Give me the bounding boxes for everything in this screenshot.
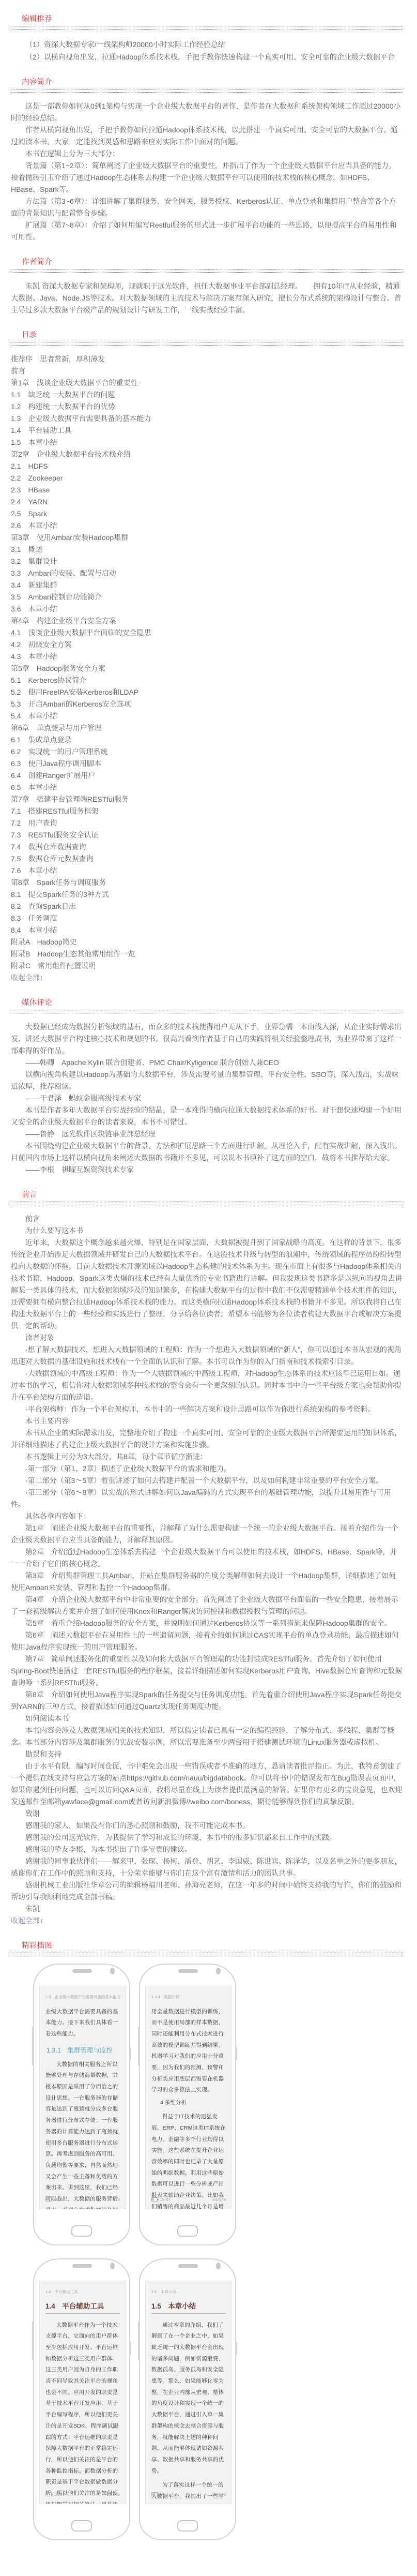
- screen-heading: 1.4 平台辅助工具: [45, 2301, 120, 2314]
- section-title: 目录: [22, 330, 417, 340]
- speaker-grille: [178, 1969, 198, 1973]
- dotted-divider: [11, 89, 403, 93]
- illustration-gallery: 1.3 企业级大数据平台需要具备的基本能力业级大数据平台需要具备的基本能力。接下…: [0, 1964, 417, 2548]
- preface-paragraph: 第3章 介绍集群管理工具Ambari，并站在集群服务器的角度分类解释如何去设计一…: [11, 1570, 403, 1594]
- section-body: 这是一部教你如何从0到1架构与实现一个企业级大数据平台的著作，是作者在大数据和系…: [0, 93, 417, 243]
- preface-paragraph: 由于水平有限，编写时间仓促，书中难免会出现一些错误或者不准确的地方，恳请读者批评…: [11, 1760, 403, 1808]
- preface-paragraph: 感谢我的挚友李根，为本书提出了许多宝贵的建议。: [11, 1844, 403, 1855]
- screen-status-bar: 15:4755/678: [151, 2491, 226, 2497]
- toc-item: 1.5 本章小结: [11, 437, 403, 448]
- toc-item: 5.2 使用FreeIPA安装Kerberos和LDAP: [11, 686, 403, 698]
- speaker-grille: [178, 2264, 198, 2268]
- review-attribution: ——鲁静 远光软件区块链事业部总经理: [11, 1128, 403, 1140]
- section-header: 目录: [0, 316, 417, 342]
- toc-item: 1.2 构建统一大数据平台的优势: [11, 401, 403, 413]
- home-button: [71, 2520, 92, 2532]
- home-button: [177, 2225, 198, 2237]
- toc-item: 第8章 Spark任务与调度服务: [11, 877, 403, 889]
- paragraph: （1）资深大数据专家/一线架构师20000小时实际工作经验总结: [11, 39, 403, 51]
- preface-paragraph: 第7章 简单阐述服务化的重要性以及如何将大数据平台管理端的功能封装成RESTfu…: [11, 1653, 403, 1689]
- toc-item: 8.4 本章小结: [11, 924, 403, 936]
- toc-item: 6.4 创建Ranger扩展用户: [11, 770, 403, 782]
- toc-item: 第3章 使用Ambari安装Hadoop集群: [11, 532, 403, 544]
- paragraph: 这是一部教你如何从0到1架构与实现一个企业级大数据平台的著作，是作者在大数据和系…: [11, 100, 403, 124]
- toc-item: 8.2 查询Spark日志: [11, 901, 403, 912]
- toc-item: 3.1 概述: [11, 544, 403, 556]
- preface-paragraph: 勘误和支持: [11, 1748, 403, 1760]
- screen-time: 15:47: [160, 2492, 171, 2497]
- preface-paragraph: 第6章 阐述大数据平台在易用性上的一些遗留问题，接着介绍如何通过CAS实现平台的…: [11, 1629, 403, 1653]
- toc-item: 7.3 RESTful服务安全认证: [11, 829, 403, 841]
- preface-paragraph: 感谢机械工业出版社华章公司的编辑杨福川老师、孙海亮老师，在这一年多的时间中始终支…: [11, 1879, 403, 1903]
- toc-item: 前言: [11, 365, 403, 377]
- screen-page-number: 36/678: [106, 2197, 120, 2202]
- preface-paragraph: 感谢我的公司远光软件，为我提供了学习和成长的环境，本书中的很多知识都来自工作中的…: [11, 1832, 403, 1844]
- section-header: 媒体评论: [0, 984, 417, 1010]
- section-title: 编辑推荐: [22, 14, 417, 24]
- toc-item: 5.3 开启Ambari的Kerberos安全选项: [11, 698, 403, 710]
- review-attribution: ——韩卿 Apache Kylin 联合创建者、PMC Chair/Kylige…: [11, 1057, 403, 1069]
- screen-time: 15:47: [54, 2197, 65, 2202]
- toc-item: 第5章 Hadoop服务安全方案: [11, 663, 403, 675]
- phone-mockup[interactable]: 1.3.4 数据计算用全量数据进行模型的训练，而不是使用局部的样本数据，同时还能…: [139, 1964, 236, 2245]
- section-content-intro: 内容简介 这是一部教你如何从0到1架构与实现一个企业级大数据平台的著作，是作者在…: [0, 63, 417, 243]
- toc-item: 1.1 缺乏统一大数据平台的问题: [11, 389, 403, 401]
- toc-item: 6.2 实现统一的用户管理系统: [11, 746, 403, 758]
- paragraph: 作者从横向视角出发，手把手教你如何拉通Hadoop体系技术栈，以此搭建一个真实可…: [11, 124, 403, 148]
- section-title: 精彩插图: [22, 1941, 417, 1951]
- screen-page-number: 50/678: [106, 2492, 120, 2497]
- preface-paragraph: 朱凯: [11, 1903, 403, 1915]
- toc-item: 5.1 Kerberos协议简介: [11, 675, 403, 686]
- battery-icon: [151, 2492, 158, 2496]
- collapse-all-link[interactable]: 收起全部↑: [11, 972, 43, 984]
- dotted-divider: [11, 269, 403, 273]
- toc-item: 推荐序 思者常新，厚积薄发: [11, 353, 403, 365]
- toc-item: 附录C 常用组件配置说明: [11, 960, 403, 972]
- toc-item: 7.2 用户查询: [11, 817, 403, 829]
- section-header: 精彩插图: [0, 1927, 417, 1953]
- home-button: [177, 2520, 198, 2532]
- battery-icon: [151, 2197, 158, 2201]
- section-editor-recommendation: 编辑推荐 （1）资深大数据专家/一线架构师20000小时实际工作经验总结 （2）…: [0, 0, 417, 63]
- screen-breadcrumb: 1.4 平台辅助工具: [45, 2289, 120, 2295]
- toc-item: 1.3 企业级大数据平台需要具备的基本能力: [11, 413, 403, 425]
- screen-time: 15:47: [160, 2197, 171, 2202]
- section-title: 内容简介: [22, 77, 417, 87]
- preface-paragraph: 第4章 介绍企业级大数据平台中非常重要的安全部分。首先阐述了企业级大数据平台面临…: [11, 1594, 403, 1618]
- toc-item: 8.1 提交Spark任务的3种方式: [11, 889, 403, 901]
- preface-paragraph: ·平台架构师：作为一个平台架构师，本书中的一些解决方案和设计思路可以作为你进行系…: [11, 1403, 403, 1415]
- phone-screen: 1.3.4 数据计算用全量数据进行模型的训练，而不是使用局部的样本数据，同时还能…: [145, 1986, 231, 2209]
- side-button: [32, 2322, 34, 2360]
- speaker-grille: [72, 2264, 92, 2268]
- section-author-intro: 作者简介 朱凯 资深大数据专家和架构师，现就职于远光软件，担任大数据事业平台部副…: [0, 243, 417, 316]
- toc-item: 3.5 Ambari控制台功能简介: [11, 591, 403, 603]
- screen-heading: 1.5 本章小结: [151, 2301, 226, 2314]
- phone-screen: 1.3 企业级大数据平台需要具备的基本能力业级大数据平台需要具备的基本能力。接下…: [39, 1986, 126, 2209]
- collapse-all-link[interactable]: 收起全部↑: [11, 1915, 43, 1927]
- review-text: 大数据已经成为数据分析领域的基石，而众多的技术栈使得用户无从下手，业界急需一本由…: [11, 1021, 403, 1057]
- preface-paragraph: 第5章 着重介绍Hadoop服务的安全方案，并说明如何通过Kerberos协议等…: [11, 1618, 403, 1629]
- section-media-reviews: 媒体评论 大数据已经成为数据分析领域的基石，而众多的技术栈使得用户无从下手，业界…: [0, 984, 417, 1176]
- preface-paragraph: 为什么要写这本书: [11, 1225, 403, 1237]
- section-table-of-contents: 目录 推荐序 思者常新，厚积薄发前言第1章 浅谈企业级大数据平台的重要性1.1 …: [0, 316, 417, 984]
- phone-mockup[interactable]: 1.3 企业级大数据平台需要具备的基本能力业级大数据平台需要具备的基本能力。接下…: [33, 1964, 130, 2245]
- section-illustrations: 精彩插图 1.3 企业级大数据平台需要具备的基本能力业级大数据平台需要具备的基本…: [0, 1927, 417, 2548]
- paragraph: 扩展篇（第7~8章）：介绍了如何用编写Restful服务的形式进一步扩展平台功能…: [11, 219, 403, 243]
- dotted-divider: [11, 1953, 403, 1956]
- preface-paragraph: ·想了解大数据技术，想进入大数据领域的工程师：作为一个想进入大数据领域的“新人”…: [11, 1344, 403, 1368]
- paragraph: （2）以横向视角出发，拉通Hadoop体系技术栈，手把手教你快速构建一个真实可用…: [11, 51, 403, 63]
- toc-item: 2.5 Spark: [11, 508, 403, 520]
- screen-breadcrumb: 1.5 本章小结: [151, 2289, 226, 2295]
- toc-item: 2.6 本章小结: [11, 520, 403, 532]
- toc-item: 8.3 任务调度: [11, 912, 403, 924]
- toc-item: 第7章 搭建平台管理端RESTful服务: [11, 793, 403, 805]
- screen-minor-heading: 4.多维分析: [160, 2097, 226, 2108]
- toc-item: 4.1 浅谈企业级大数据平台面临的安全隐患: [11, 627, 403, 639]
- preface-paragraph: 近年来，大数据这个概念越来越火爆，特别是在国家层面，大数据被提升到了国家战略的高…: [11, 1237, 403, 1332]
- screen-breadcrumb: 1.3 企业级大数据平台需要具备的基本能力: [45, 1994, 120, 2000]
- toc-item: 5.4 本章小结: [11, 710, 403, 722]
- side-button: [138, 2322, 140, 2360]
- preface-paragraph: 感谢我的家人，如果没有你们的悉心照顾和鼓励，我不可能完成本书。: [11, 1820, 403, 1832]
- screen-paragraph: 得益于IT技术的迅猛发展，ERP、CRM这类IT系统在电力、金融等多个行业均得以…: [151, 2111, 226, 2209]
- toc-item: 6.1 集成单点登录: [11, 734, 403, 746]
- preface-paragraph: 前言: [11, 1213, 403, 1225]
- dotted-divider: [11, 26, 403, 29]
- dotted-divider: [11, 1202, 403, 1205]
- toc-item: 第4章 构建企业级平台安全方案: [11, 615, 403, 627]
- camera-icon: [110, 1968, 115, 1974]
- section-header: 内容简介: [0, 63, 417, 89]
- screen-subheading: 1.3.1 集群管理与监控: [47, 2045, 120, 2056]
- section-title: 作者简介: [22, 257, 417, 267]
- section-header: 前言: [0, 1176, 417, 1202]
- screen-status-bar: 15:4736/678: [45, 2196, 120, 2203]
- preface-paragraph: 本书逻辑上可分为3大部分，共8章，每个章节循序渐进：: [11, 1451, 403, 1463]
- screen-paragraph: 通过本章的介绍，我们了解到了在一个企业之中，如果缺乏统一的大数据平台会出现的诸多…: [151, 2320, 226, 2477]
- section-header: 编辑推荐: [0, 0, 417, 26]
- camera-icon: [216, 1968, 221, 1974]
- review-attribution: ——李根 祺曜互娱资深技术专家: [11, 1164, 403, 1176]
- toc-item: 6.3 使用Java程序调用脚本: [11, 758, 403, 770]
- screen-time: 15:47: [54, 2492, 65, 2497]
- preface-paragraph: 第2章 介绍通过Hadoop生态体系去构建一个企业级大数据平台可以使用的技术栈，…: [11, 1546, 403, 1570]
- preface-paragraph: 如何阅读本书: [11, 1713, 403, 1725]
- toc-item: 3.2 集群设计: [11, 556, 403, 567]
- toc-item: 3.4 新建集群: [11, 579, 403, 591]
- toc-list: 推荐序 思者常新，厚积薄发前言第1章 浅谈企业级大数据平台的重要性1.1 缺乏统…: [0, 346, 417, 972]
- screen-breadcrumb: 1.3.4 数据计算: [151, 1994, 226, 2000]
- paragraph: 朱凯 资深大数据专家和架构师，现就职于远光软件，担任大数据事业平台部副总经理。 …: [11, 280, 403, 316]
- preface-paragraph: ·大数据领域的中高级工程师：作为一个大数据领域的中高级工程师，对Hadoop生态…: [11, 1368, 403, 1403]
- toc-item: 附录B Hadoop生态其他常用组件一览: [11, 948, 403, 960]
- camera-icon: [216, 2263, 221, 2269]
- screen-status-bar: 15:4744/678: [151, 2196, 226, 2203]
- battery-icon: [45, 2197, 52, 2201]
- toc-item: 2.2 Zookeeper: [11, 472, 403, 484]
- toc-item: 7.6 本章小结: [11, 865, 403, 877]
- toc-item: 4.2 初级安全方案: [11, 639, 403, 651]
- preface-paragraph: 具体各章内容如下：: [11, 1510, 403, 1522]
- phone-mockup[interactable]: 1.4 平台辅助工具1.4 平台辅助工具大数据平台作为一个技术支撑平台，它面向的…: [33, 2258, 130, 2540]
- screen-page-number: 55/678: [212, 2492, 226, 2497]
- preface-paragraph: 感谢我的同事兼伙伴们——解来甲、张琛、杨柯、潘登、胡艺、李国威、陈世宾、陈泽华，…: [11, 1855, 403, 1879]
- toc-item: 4.3 本章小结: [11, 651, 403, 663]
- preface-paragraph: ·第二部分（第3～5章）着重讲述了如何去搭建并配置一个大数据平台，以及如何构建非…: [11, 1475, 403, 1487]
- toc-item: 7.5 数据仓库元数据查询: [11, 853, 403, 865]
- review-text: 本书是作者多年大数据平台实战经验的结晶，是一本难得的横向拉通大数据技术体系的好书…: [11, 1104, 403, 1128]
- toc-item: 1.4 平台辅助工具: [11, 425, 403, 437]
- toc-item: 第2章 企业级大数据平台技术栈介绍: [11, 448, 403, 460]
- camera-icon: [110, 2263, 115, 2269]
- preface-paragraph: ·第一部分（第1、2章）描述了企业级大数据平台的需求和能力。: [11, 1463, 403, 1475]
- side-button: [130, 2342, 131, 2355]
- toc-item: 第1章 浅谈企业级大数据平台的重要性: [11, 377, 403, 389]
- screen-text: 用全量数据进行模型的训练，而不是使用局部的样本数据，同时还能利用分布式技术进行高…: [151, 2006, 226, 2096]
- side-button: [32, 2027, 34, 2065]
- toc-item: 第6章 单点登录与用户管理: [11, 722, 403, 734]
- preface-paragraph: ·第三部分（第6～8章）以实战的形式讲解如何以Java编码的方式实现平台的基础管…: [11, 1487, 403, 1510]
- toc-item: 2.3 HBase: [11, 484, 403, 496]
- section-preface: 前言 前言为什么要写这本书近年来，大数据这个概念越来越火爆，特别是在国家层面，大…: [0, 1176, 417, 1927]
- preface-paragraph: 本书从企业的实际需求出发，完整地介绍了构建一个真实可用、安全可靠的企业级大数据平…: [11, 1427, 403, 1451]
- phone-screen: 1.5 本章小结1.5 本章小结通过本章的介绍，我们了解到了在一个企业之中，如果…: [145, 2281, 231, 2504]
- screen-page-number: 44/678: [212, 2197, 226, 2202]
- screen-status-bar: 15:4750/678: [45, 2491, 120, 2497]
- preface-paragraph: 本书内容会涉及大数据领域相关的技术知识，所以假定读者已具有一定的编程经验，了解分…: [11, 1725, 403, 1748]
- side-button: [130, 2047, 131, 2060]
- toc-item: 7.4 数据仓库数据查询: [11, 841, 403, 853]
- preface-paragraph: 致谢: [11, 1808, 403, 1820]
- toc-item: 3.3 Ambari的安装、配置与启动: [11, 567, 403, 579]
- toc-item: 6.5 本章小结: [11, 782, 403, 793]
- dotted-divider: [11, 342, 403, 346]
- home-button: [71, 2225, 92, 2237]
- paragraph: 本书在逻辑上分为三大部分：: [11, 148, 403, 160]
- side-button: [236, 2047, 237, 2060]
- section-body: 大数据已经成为数据分析领域的基石，而众多的技术栈使得用户无从下手，业界急需一本由…: [0, 1013, 417, 1176]
- preface-paragraph: 读者对象: [11, 1332, 403, 1344]
- toc-item: 3.6 本章小结: [11, 603, 403, 615]
- side-button: [236, 2342, 237, 2355]
- toc-item: 7.1 搭建RESTful服务框架: [11, 805, 403, 817]
- phone-screen: 1.4 平台辅助工具1.4 平台辅助工具大数据平台作为一个技术支撑平台，它面向的…: [39, 2281, 126, 2504]
- paragraph: 方法篇（第3~6章）：详细讲解了集群服务、安全网关、服务授权、Kerberos认…: [11, 196, 403, 219]
- toc-item: 2.4 YARN: [11, 496, 403, 508]
- review-text: 本书围绕构建企业级大数据平台的背景、方法和扩展思路三个方面进行讲解。从理论入手，…: [11, 1140, 403, 1164]
- section-title: 媒体评论: [22, 998, 417, 1008]
- preface-paragraph: 第1章 阐述企业级大数据平台的重要性，并解释了为什么需要构建一个统一的企业级大数…: [11, 1522, 403, 1546]
- preface-paragraph: 本书主要内容: [11, 1415, 403, 1427]
- screen-text: 业级大数据平台需要具备的基本能力。接下来我们具体看一看这些能力。: [45, 2006, 120, 2040]
- toc-item: 附录A Hadoop简史: [11, 936, 403, 948]
- battery-icon: [45, 2492, 52, 2496]
- section-header: 作者简介: [0, 243, 417, 269]
- side-button: [138, 2027, 140, 2065]
- product-detail-page: 编辑推荐 （1）资深大数据专家/一线架构师20000小时实际工作经验总结 （2）…: [0, 0, 417, 2558]
- screen-paragraph: 大数据的相关服务之所以能够处理与存储海量数据，其根本原因是采用了分而治之的设计思…: [45, 2059, 120, 2209]
- speaker-grille: [72, 1969, 92, 1973]
- toc-item: 2.1 HDFS: [11, 460, 403, 472]
- paragraph: 背景篇（第1~2章）：简单阐述了企业级大数据平台的重要性，并指出了作为一个企业级…: [11, 160, 403, 196]
- screen-paragraph: 大数据平台作为一个技术支撑平台，它面向的用户群体至少包括应用开发、平台运维和数据…: [45, 2320, 120, 2504]
- preface-paragraph: 第8章 介绍如何使用Java程序实现Spark的任务提交与任务调度功能。首先着重…: [11, 1689, 403, 1713]
- section-title: 前言: [22, 1190, 417, 1200]
- section-body: 朱凯 资深大数据专家和架构师，现就职于远光软件，担任大数据事业平台部副总经理。 …: [0, 273, 417, 316]
- dotted-divider: [11, 1010, 403, 1013]
- review-text: 以横向视角构建以Hadoop为基础的大数据平台，涉及需要考量的集群管理、平台安全…: [11, 1069, 403, 1092]
- review-attribution: ——于君泽 蚂蚁金服高级技术专家: [11, 1092, 403, 1104]
- section-body: （1）资深大数据专家/一线架构师20000小时实际工作经验总结 （2）以横向视角…: [0, 29, 417, 63]
- phone-mockup[interactable]: 1.5 本章小结1.5 本章小结通过本章的介绍，我们了解到了在一个企业之中，如果…: [139, 2258, 236, 2540]
- section-body: 前言为什么要写这本书近年来，大数据这个概念越来越火爆，特别是在国家层面，大数据被…: [0, 1205, 417, 1915]
